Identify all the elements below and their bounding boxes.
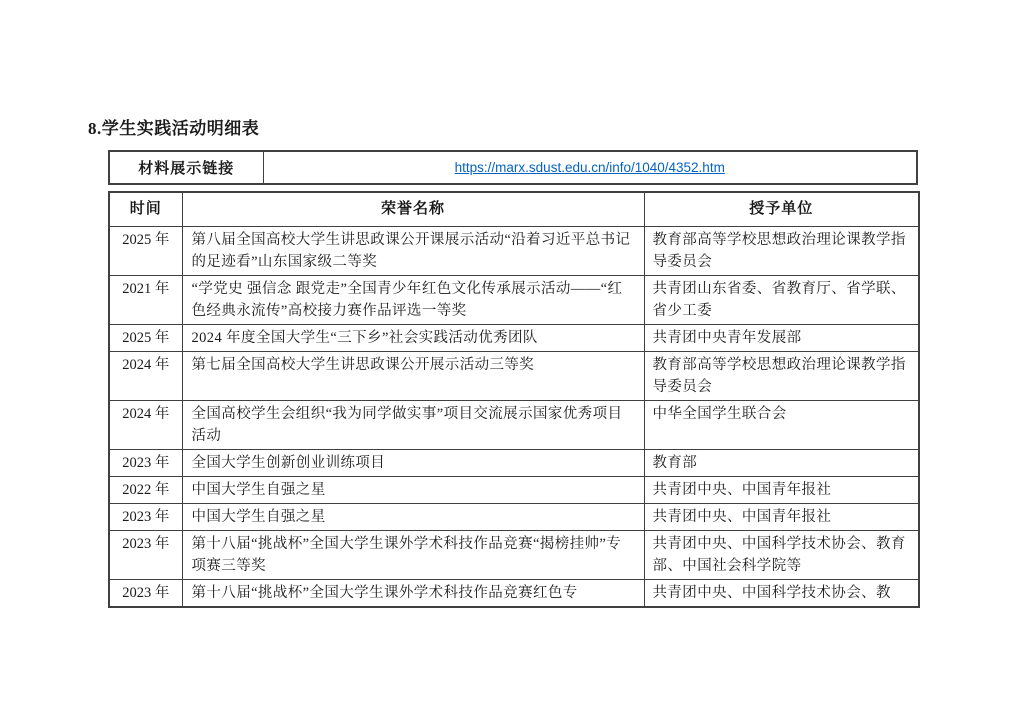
unit-cell: 中华全国学生联合会 (644, 400, 919, 449)
table-row: 2022 年中国大学生自强之星共青团中央、中国青年报社 (109, 476, 919, 503)
honor-cell: 第十八届“挑战杯”全国大学生课外学术科技作品竞赛红色专 (182, 579, 644, 607)
header-awarding-unit: 授予单位 (644, 192, 919, 226)
unit-cell: 共青团中央、中国科学技术协会、教育部、中国社会科学院等 (644, 530, 919, 579)
table-row: 2024 年全国高校学生会组织“我为同学做实事”项目交流展示国家优秀项目活动中华… (109, 400, 919, 449)
header-time: 时间 (109, 192, 182, 226)
honor-table-body: 2025 年第八届全国高校大学生讲思政课公开课展示活动“沿着习近平总书记的足迹看… (109, 226, 919, 607)
table-row: 2025 年2024 年度全国大学生“三下乡”社会实践活动优秀团队共青团中央青年… (109, 324, 919, 351)
unit-cell: 教育部 (644, 449, 919, 476)
page-title: 8.学生实践活动明细表 (88, 114, 259, 139)
material-link[interactable]: https://marx.sdust.edu.cn/info/1040/4352… (455, 160, 725, 175)
unit-cell: 教育部高等学校思想政治理论课教学指导委员会 (644, 351, 919, 400)
year-cell: 2025 年 (109, 226, 182, 275)
year-cell: 2023 年 (109, 503, 182, 530)
unit-cell: 共青团中央、中国青年报社 (644, 476, 919, 503)
honor-cell: 中国大学生自强之星 (182, 503, 644, 530)
year-cell: 2025 年 (109, 324, 182, 351)
year-cell: 2021 年 (109, 275, 182, 324)
honor-cell: 全国高校学生会组织“我为同学做实事”项目交流展示国家优秀项目活动 (182, 400, 644, 449)
header-honor-name: 荣誉名称 (182, 192, 644, 226)
honor-table: 时间 荣誉名称 授予单位 2025 年第八届全国高校大学生讲思政课公开课展示活动… (108, 191, 920, 608)
material-link-cell: https://marx.sdust.edu.cn/info/1040/4352… (263, 151, 917, 184)
table-row: 2023 年全国大学生创新创业训练项目教育部 (109, 449, 919, 476)
table-row: 2024 年第七届全国高校大学生讲思政课公开展示活动三等奖教育部高等学校思想政治… (109, 351, 919, 400)
year-cell: 2024 年 (109, 351, 182, 400)
honor-cell: 第七届全国高校大学生讲思政课公开展示活动三等奖 (182, 351, 644, 400)
header-row: 时间 荣誉名称 授予单位 (109, 192, 919, 226)
honor-cell: “学党史 强信念 跟党走”全国青少年红色文化传承展示活动——“红色经典永流传”高… (182, 275, 644, 324)
material-link-table: 材料展示链接 https://marx.sdust.edu.cn/info/10… (108, 150, 918, 185)
honor-cell: 第十八届“挑战杯”全国大学生课外学术科技作品竞赛“揭榜挂帅”专项赛三等奖 (182, 530, 644, 579)
unit-cell: 共青团中央、中国科学技术协会、教 (644, 579, 919, 607)
material-link-label: 材料展示链接 (109, 151, 263, 184)
table-row: 2025 年第八届全国高校大学生讲思政课公开课展示活动“沿着习近平总书记的足迹看… (109, 226, 919, 275)
document-page: 8.学生实践活动明细表 材料展示链接 https://marx.sdust.ed… (0, 0, 1024, 724)
year-cell: 2023 年 (109, 579, 182, 607)
table-row: 2023 年第十八届“挑战杯”全国大学生课外学术科技作品竞赛红色专共青团中央、中… (109, 579, 919, 607)
unit-cell: 教育部高等学校思想政治理论课教学指导委员会 (644, 226, 919, 275)
unit-cell: 共青团中央青年发展部 (644, 324, 919, 351)
table-row: 2021 年“学党史 强信念 跟党走”全国青少年红色文化传承展示活动——“红色经… (109, 275, 919, 324)
table-row: 2023 年中国大学生自强之星共青团中央、中国青年报社 (109, 503, 919, 530)
honor-cell: 全国大学生创新创业训练项目 (182, 449, 644, 476)
year-cell: 2024 年 (109, 400, 182, 449)
unit-cell: 共青团山东省委、省教育厅、省学联、省少工委 (644, 275, 919, 324)
table-row: 2023 年第十八届“挑战杯”全国大学生课外学术科技作品竞赛“揭榜挂帅”专项赛三… (109, 530, 919, 579)
material-link-row: 材料展示链接 https://marx.sdust.edu.cn/info/10… (109, 151, 917, 184)
honor-cell: 第八届全国高校大学生讲思政课公开课展示活动“沿着习近平总书记的足迹看”山东国家级… (182, 226, 644, 275)
year-cell: 2022 年 (109, 476, 182, 503)
honor-cell: 2024 年度全国大学生“三下乡”社会实践活动优秀团队 (182, 324, 644, 351)
year-cell: 2023 年 (109, 449, 182, 476)
unit-cell: 共青团中央、中国青年报社 (644, 503, 919, 530)
honor-cell: 中国大学生自强之星 (182, 476, 644, 503)
year-cell: 2023 年 (109, 530, 182, 579)
